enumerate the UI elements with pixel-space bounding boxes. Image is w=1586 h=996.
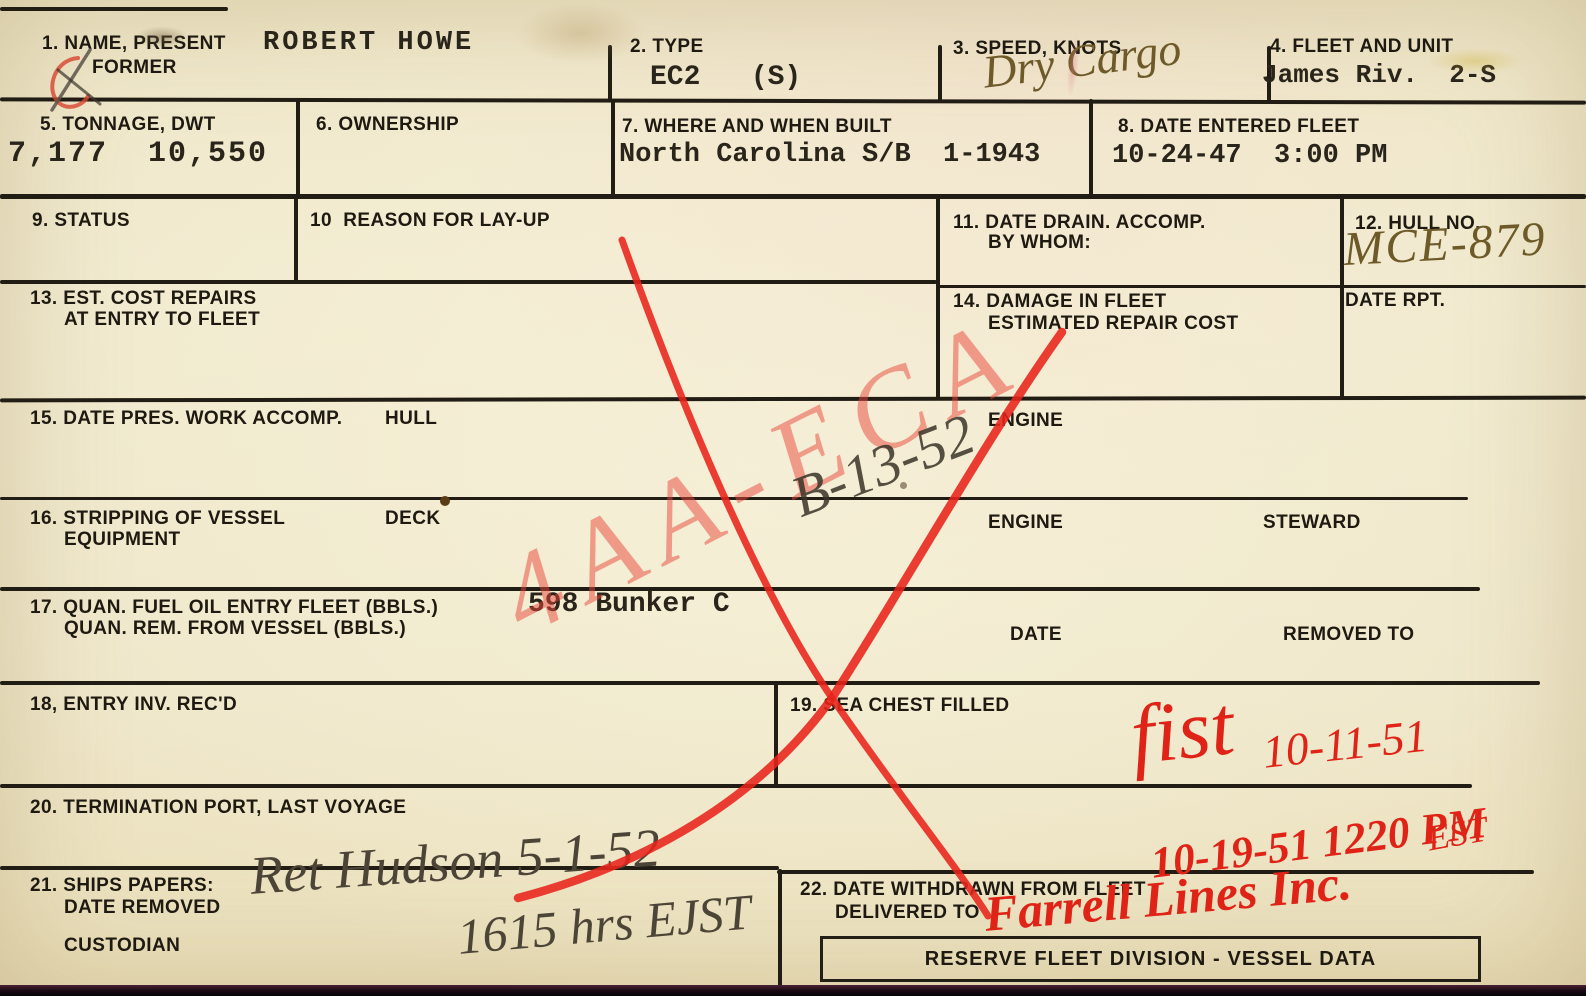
red-crayon-cross-mark [0,0,1586,996]
checkoff-circle-mark [52,50,100,110]
scan-bottom-edge [0,985,1586,996]
vessel-data-card: 1. NAME, PRESENT ROBERT HOWE FORMER 2. T… [0,0,1586,996]
